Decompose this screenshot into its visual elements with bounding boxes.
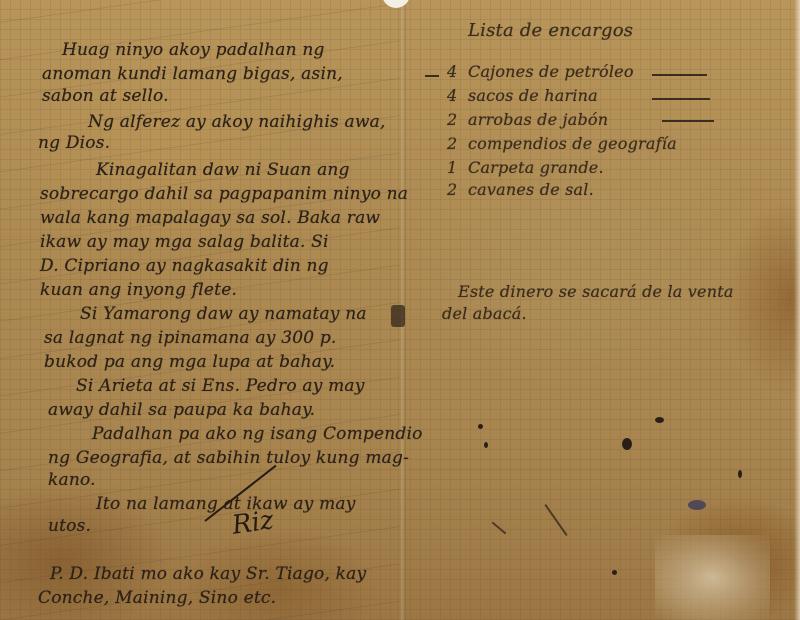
letter-line: bukod pa ang mga lupa at bahay. (44, 352, 335, 372)
letter-line: Padalhan pa ako ng isang Compendio (92, 424, 423, 444)
ink-blot (688, 500, 706, 510)
letter-line: D. Cipriano ay nagkasakit din ng (40, 256, 329, 276)
list-item-underline (652, 98, 710, 100)
ink-blot (484, 442, 488, 448)
letter-line: kuan ang inyong flete. (40, 280, 237, 300)
postscript-line: Conche, Maining, Sino etc. (38, 588, 276, 608)
letter-line: Kinagalitan daw ni Suan ang (96, 160, 350, 180)
note-line: del abacá. (442, 304, 527, 323)
letter-line: Si Yamarong daw ay namatay na (80, 304, 367, 324)
letter-line: ng Geografia, at sabihin tuloy kung mag- (48, 448, 409, 468)
list-item-text: cavanes de sal. (468, 180, 594, 199)
letter-sheet: Huag ninyo akoy padalhan ng anoman kundi… (0, 0, 800, 620)
list-item-qty: 4 (447, 62, 457, 81)
letter-line: utos. (48, 516, 91, 536)
ink-blot (612, 570, 617, 575)
list-item-qty: 2 (447, 134, 457, 153)
postscript-line: P. D. Ibati mo ako kay Sr. Tiago, kay (50, 564, 366, 584)
list-item-qty: 2 (447, 110, 457, 129)
letter-line: sobrecargo dahil sa pagpapanim ninyo na (40, 184, 408, 204)
paper-edge (794, 0, 800, 620)
signature: Riz (230, 505, 275, 540)
list-item-text: sacos de harina (468, 86, 598, 105)
list-title: Lista de encargos (468, 20, 633, 41)
ink-blot (478, 424, 483, 429)
letter-line: sa lagnat ng ipinamana ay 300 p. (44, 328, 337, 348)
list-item-qty: 2 (447, 180, 457, 199)
list-item-underline (652, 74, 707, 76)
list-item-text: Cajones de petróleo (468, 62, 634, 81)
list-item-text: compendios de geografía (468, 134, 677, 153)
item-dash-mark (425, 75, 439, 77)
letter-line: Huag ninyo akoy padalhan ng (62, 40, 325, 60)
faded-patch (655, 535, 770, 620)
letter-line: wala kang mapalagay sa sol. Baka raw (40, 208, 380, 228)
letter-line: sabon at sello. (42, 86, 169, 106)
letter-line: anoman kundi lamang bigas, asin, (42, 64, 343, 84)
letter-line: away dahil sa paupa ka bahay. (48, 400, 315, 420)
list-item-text: Carpeta grande. (468, 158, 604, 177)
letter-line: Ng alferez ay akoy naihighis awa, (88, 112, 386, 132)
list-item-underline (662, 120, 714, 122)
list-item-text: arrobas de jabón (468, 110, 608, 129)
ink-blot (738, 470, 742, 478)
list-item-qty: 1 (447, 158, 457, 177)
ink-blot (391, 305, 405, 327)
letter-line: Si Arieta at si Ens. Pedro ay may (76, 376, 365, 396)
note-line: Este dinero se sacará de la venta (458, 282, 734, 301)
list-item-qty: 4 (447, 86, 457, 105)
ink-blot (622, 438, 632, 450)
ink-blot (655, 417, 664, 423)
letter-line: ikaw ay may mga salag balita. Si (40, 232, 329, 252)
letter-line: ng Dios. (38, 133, 110, 153)
letter-line: kano. (48, 470, 96, 490)
